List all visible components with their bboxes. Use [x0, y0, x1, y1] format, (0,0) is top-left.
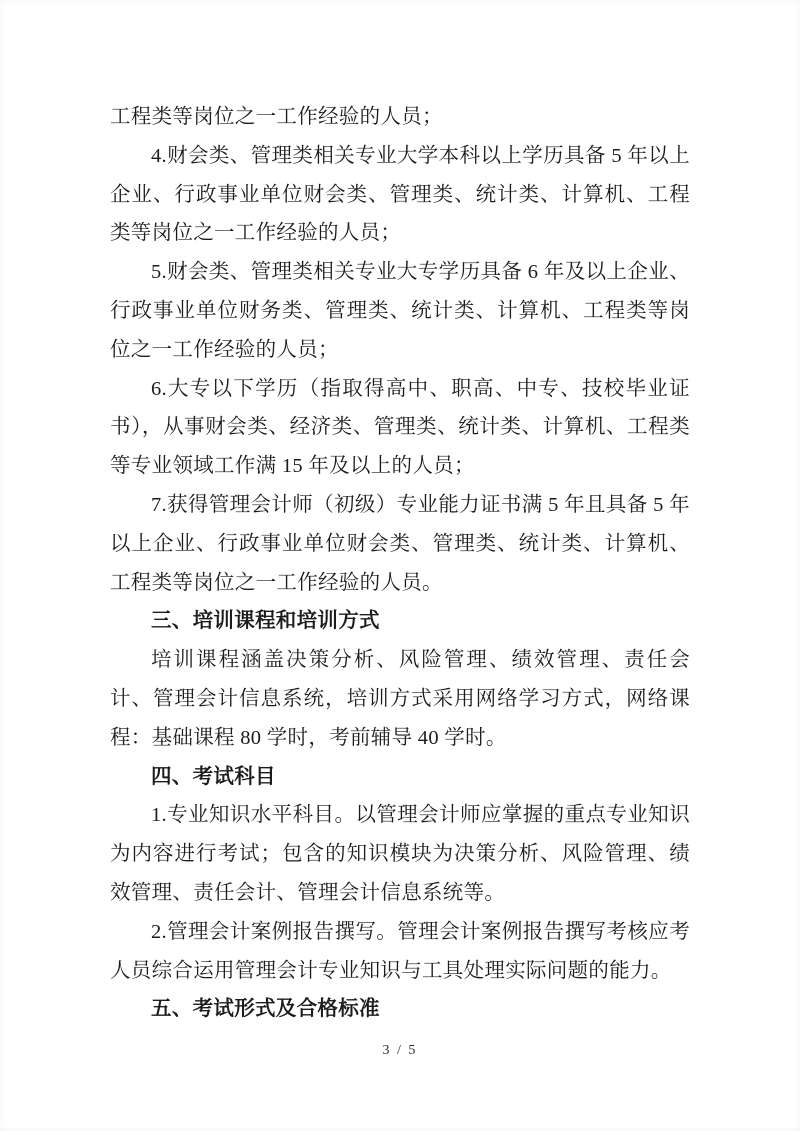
paragraph: 工程类等岗位之一工作经验的人员；	[110, 98, 690, 137]
paragraph: 6.大专以下学历（指取得高中、职高、中专、技校毕业证书），从事财会类、经济类、管…	[110, 370, 690, 486]
paragraph: 5.财会类、管理类相关专业大专学历具备 6 年及以上企业、行政事业单位财务类、管…	[110, 253, 690, 369]
paragraph: 培训课程涵盖决策分析、风险管理、绩效管理、责任会计、管理会计信息系统，培训方式采…	[110, 641, 690, 757]
section-heading: 四、考试科目	[110, 758, 690, 797]
document-body: 工程类等岗位之一工作经验的人员；4.财会类、管理类相关专业大学本科以上学历具备 …	[110, 98, 690, 1029]
paragraph: 7.获得管理会计师（初级）专业能力证书满 5 年且具备 5 年以上企业、行政事业…	[110, 486, 690, 602]
paragraph: 4.财会类、管理类相关专业大学本科以上学历具备 5 年以上企业、行政事业单位财会…	[110, 137, 690, 253]
document-page: 工程类等岗位之一工作经验的人员；4.财会类、管理类相关专业大学本科以上学历具备 …	[0, 0, 800, 1131]
paragraph: 1.专业知识水平科目。以管理会计师应掌握的重点专业知识为内容进行考试；包含的知识…	[110, 796, 690, 912]
section-heading: 五、考试形式及合格标准	[110, 990, 690, 1029]
section-heading: 三、培训课程和培训方式	[110, 602, 690, 641]
page-number: 3 / 5	[0, 1041, 800, 1061]
paragraph: 2.管理会计案例报告撰写。管理会计案例报告撰写考核应考人员综合运用管理会计专业知…	[110, 913, 690, 991]
